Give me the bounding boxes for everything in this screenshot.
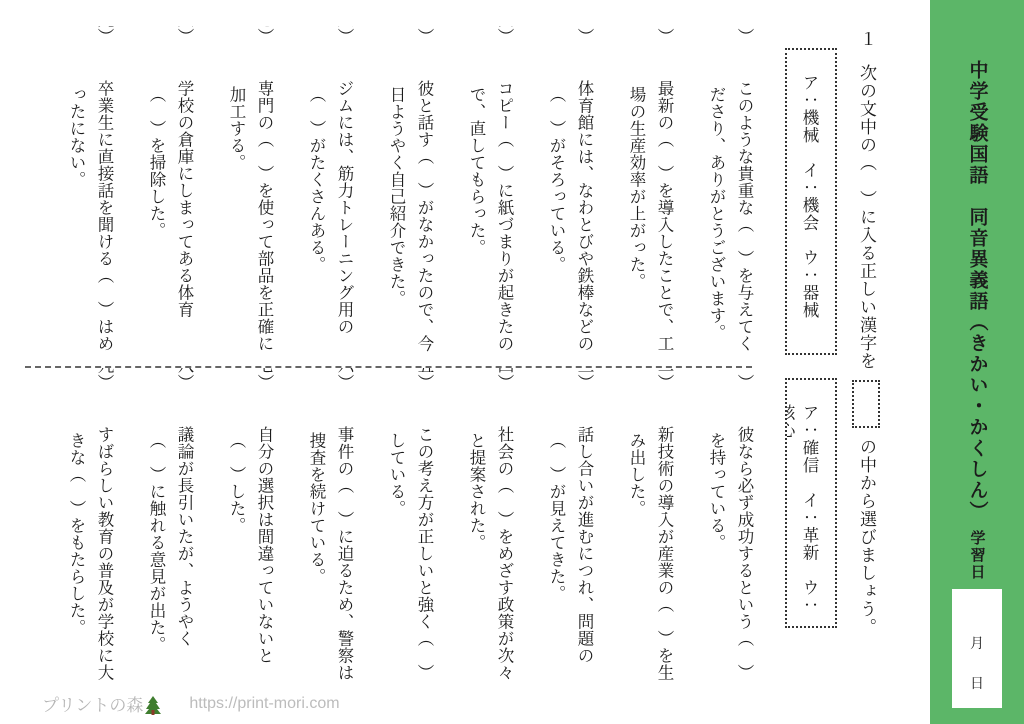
instruction-column: １次の文中の（ ）に入る正しい漢字をの中から選びましょう。 [852, 26, 928, 684]
question-number: （五） [410, 40, 438, 80]
question-text: 議論が長引いたが、ようやく（ ）に触れる意見が出た。 [147, 426, 193, 653]
worksheet-body: １次の文中の（ ）に入る正しい漢字をの中から選びましょう。 ア：機械 イ：機会 … [0, 0, 930, 724]
question-number: （一） [730, 40, 758, 80]
question-item: （五）この考え方が正しいと強く（ ）している。 [382, 386, 438, 684]
question-text: 社会の（ ）をめざす政策が次々と提案された。 [467, 426, 513, 681]
question-text: 学校の倉庫にしまってある体育（ ）を掃除した。 [147, 80, 193, 318]
question-text: 新技術の導入が産業の（ ）を生み出した。 [627, 426, 673, 681]
worksheet-page: １次の文中の（ ）に入る正しい漢字をの中から選びましょう。 ア：機械 イ：機会 … [0, 0, 1024, 724]
choices-box-kakushin: ア：確信 イ：革新 ウ：核心 [785, 378, 837, 628]
site-brand-text: プリントの森 [42, 691, 143, 716]
question-text: ジムには、筋力トレーニング用の（ ）がたくさんある。 [307, 80, 353, 335]
question-item: （八）学校の倉庫にしまってある体育（ ）を掃除した。 [142, 40, 198, 358]
choices-box-kikai: ア：機械 イ：機会 ウ：器械 [785, 48, 837, 355]
choices-box-placeholder [852, 380, 880, 428]
question-text: コピー（ ）に紙づまりが起きたので、直してもらった。 [467, 80, 513, 352]
instruction-before-box: 次の文中の（ ）に入る正しい漢字を [857, 64, 876, 370]
question-section-kakushin: （一）彼なら必ず成功するという（ ）を持っている。（二）新技術の導入が産業の（ … [25, 368, 770, 684]
question-number: （七） [250, 40, 278, 80]
question-text: 卒業生に直接話を聞ける（ ）はめったにない。 [67, 80, 113, 352]
question-text: このような貴重な（ ）を与えてくださり、ありがとうございます。 [707, 80, 753, 352]
question-item: （一）彼なら必ず成功するという（ ）を持っている。 [702, 386, 758, 684]
question-item: （九）すばらしい教育の普及が学校に大きな（ ）をもたらした。 [62, 386, 118, 684]
question-number: （六） [330, 386, 358, 426]
date-entry-box: 月 日 [952, 589, 1002, 708]
question-text: 体育館には、なわとびや鉄棒などの（ ）がそろっている。 [547, 80, 593, 352]
question-section-kikai: （一）このような貴重な（ ）を与えてくださり、ありがとうございます。（二）最新の… [25, 26, 770, 358]
footer: プリントの森 https://print-mori.com [42, 691, 340, 716]
question-text: 彼と話す（ ）がなかったので、今日ようやく自己紹介できた。 [387, 80, 433, 352]
question-item: （六）ジムには、筋力トレーニング用の（ ）がたくさんある。 [302, 40, 358, 358]
questions-area: （一）このような貴重な（ ）を与えてくださり、ありがとうございます。（二）最新の… [25, 26, 770, 684]
question-item: （六）事件の（ ）に迫るため、警察は捜査を続けている。 [302, 386, 358, 684]
choices-text-kakushin: ア：確信 イ：革新 ウ：核心 [785, 404, 818, 614]
question-item: （七）専門の（ ）を使って部品を正確に加工する。 [222, 40, 278, 358]
question-number: （四） [490, 386, 518, 426]
question-text: この考え方が正しいと強く（ ）している。 [387, 426, 433, 681]
question-item: （九）卒業生に直接話を聞ける（ ）はめったにない。 [62, 40, 118, 358]
question-text: 事件の（ ）に迫るため、警察は捜査を続けている。 [307, 426, 353, 681]
instruction-text: １次の文中の（ ）に入る正しい漢字をの中から選びましょう。 [852, 26, 880, 688]
main-content: １次の文中の（ ）に入る正しい漢字をの中から選びましょう。 ア：機械 イ：機会 … [0, 0, 930, 684]
question-text: すばらしい教育の普及が学校に大きな（ ）をもたらした。 [67, 426, 113, 681]
worksheet-title: 中学受験国語 同音異義語（きかい・かくしん） [964, 60, 991, 522]
question-number: （四） [490, 40, 518, 80]
tree-icon [145, 696, 161, 715]
study-date-label: 学習日 [967, 530, 988, 581]
question-number: （三） [570, 40, 598, 80]
question-number: （六） [330, 40, 358, 80]
question-number: （三） [570, 386, 598, 426]
question-item: （五）彼と話す（ ）がなかったので、今日ようやく自己紹介できた。 [382, 40, 438, 358]
choices-text-kikai: ア：機械 イ：機会 ウ：器械 [800, 74, 818, 319]
question-text: 専門の（ ）を使って部品を正確に加工する。 [227, 80, 273, 352]
instruction-after-box: の中から選びましょう。 [857, 438, 876, 636]
month-label: 月 [952, 633, 1002, 653]
question-item: （四）コピー（ ）に紙づまりが起きたので、直してもらった。 [462, 40, 518, 358]
question-item: （四）社会の（ ）をめざす政策が次々と提案された。 [462, 386, 518, 684]
question-item: （七）自分の選択は間違っていないと（ ）した。 [222, 386, 278, 684]
question-number: （七） [250, 386, 278, 426]
question-number: （九） [90, 40, 118, 80]
question-number: （二） [650, 386, 678, 426]
site-url: https://print-mori.com [189, 695, 339, 713]
question-text: 最新の（ ）を導入したことで、工場の生産効率が上がった。 [627, 80, 673, 352]
day-label: 日 [952, 673, 1002, 693]
title-banner: 中学受験国語 同音異義語（きかい・かくしん） 学習日 月 日 [930, 0, 1024, 724]
question-number: （八） [170, 386, 198, 426]
question-number: （五） [410, 386, 438, 426]
choices-column: ア：機械 イ：機会 ウ：器械 ア：確信 イ：革新 ウ：核心 [770, 26, 852, 684]
question-number: （八） [170, 40, 198, 80]
question-number: （二） [650, 40, 678, 80]
study-date-area: 学習日 月 日 [952, 530, 1002, 708]
question-set-number: １ [857, 30, 876, 48]
question-number: （一） [730, 386, 758, 426]
question-item: （二）新技術の導入が産業の（ ）を生み出した。 [622, 386, 678, 684]
question-text: 自分の選択は間違っていないと（ ）した。 [227, 426, 273, 664]
site-brand: プリントの森 [42, 691, 165, 716]
question-number: （九） [90, 386, 118, 426]
question-item: （一）このような貴重な（ ）を与えてくださり、ありがとうございます。 [702, 40, 758, 358]
question-text: 彼なら必ず成功するという（ ）を持っている。 [707, 426, 753, 681]
question-item: （三）体育館には、なわとびや鉄棒などの（ ）がそろっている。 [542, 40, 598, 358]
question-text: 話し合いが進むにつれ、問題の（ ）が見えてきた。 [547, 426, 593, 664]
question-item: （八）議論が長引いたが、ようやく（ ）に触れる意見が出た。 [142, 386, 198, 684]
question-item: （二）最新の（ ）を導入したことで、工場の生産効率が上がった。 [622, 40, 678, 358]
question-item: （三）話し合いが進むにつれ、問題の（ ）が見えてきた。 [542, 386, 598, 684]
